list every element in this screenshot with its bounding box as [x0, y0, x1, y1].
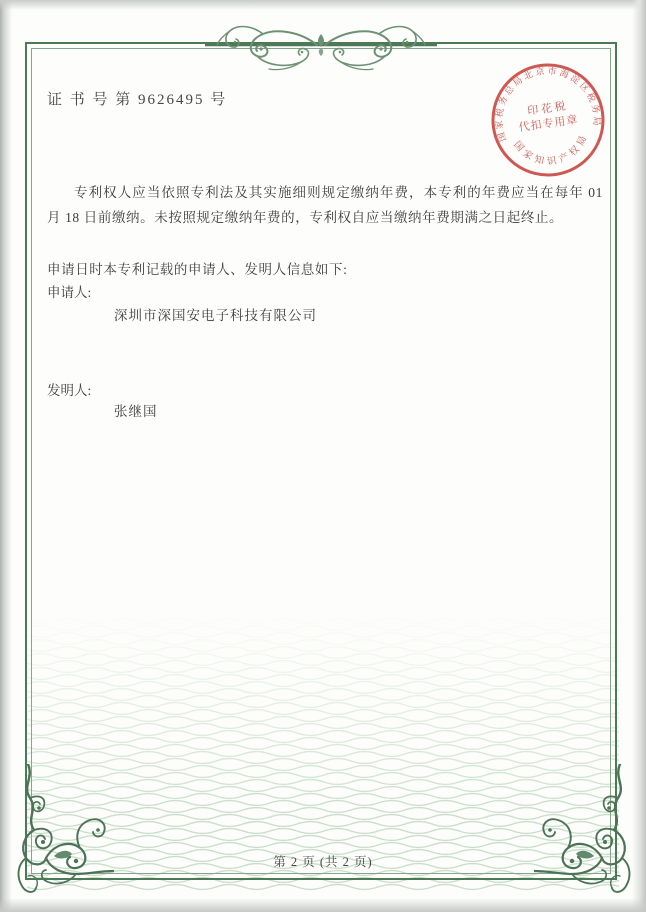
- page-number-footer: 第 2 页 (共 2 页): [0, 852, 646, 870]
- seal-inner-arc-text: 国家知识产权局: [510, 129, 594, 172]
- seal-center-line1: 印 花 税: [526, 99, 566, 118]
- bottom-right-flourish: [534, 764, 638, 900]
- inventor-label: 发明人:: [47, 379, 91, 399]
- bottom-left-flourish: [10, 764, 114, 900]
- scan-edge-shadow-top: [0, 0, 646, 10]
- inventor-name: 张继国: [114, 400, 158, 420]
- certificate-page: 国家税务总局北京市海淀区税务局 国家知识产权局 印 花 税 代扣专用章 证 书 …: [0, 0, 646, 912]
- tax-stamp-seal: 国家税务总局北京市海淀区税务局 国家知识产权局 印 花 税 代扣专用章: [473, 45, 622, 194]
- svg-text:国家知识产权局: 国家知识产权局: [510, 129, 594, 172]
- applicant-info-heading: 申请日时本专利记载的申请人、发明人信息如下:: [47, 258, 347, 278]
- certificate-number: 证 书 号 第 9626495 号: [47, 88, 227, 109]
- applicant-name: 深圳市深国安电子科技有限公司: [114, 304, 317, 324]
- annuity-paragraph: 专利权人应当依照专利法及其实施细则规定缴纳年费，本专利的年费应当在每年 01 月…: [47, 180, 603, 230]
- applicant-label: 申请人:: [47, 281, 91, 301]
- scan-edge-shadow-bottom: [0, 898, 646, 912]
- top-border-ornament: [205, 18, 437, 76]
